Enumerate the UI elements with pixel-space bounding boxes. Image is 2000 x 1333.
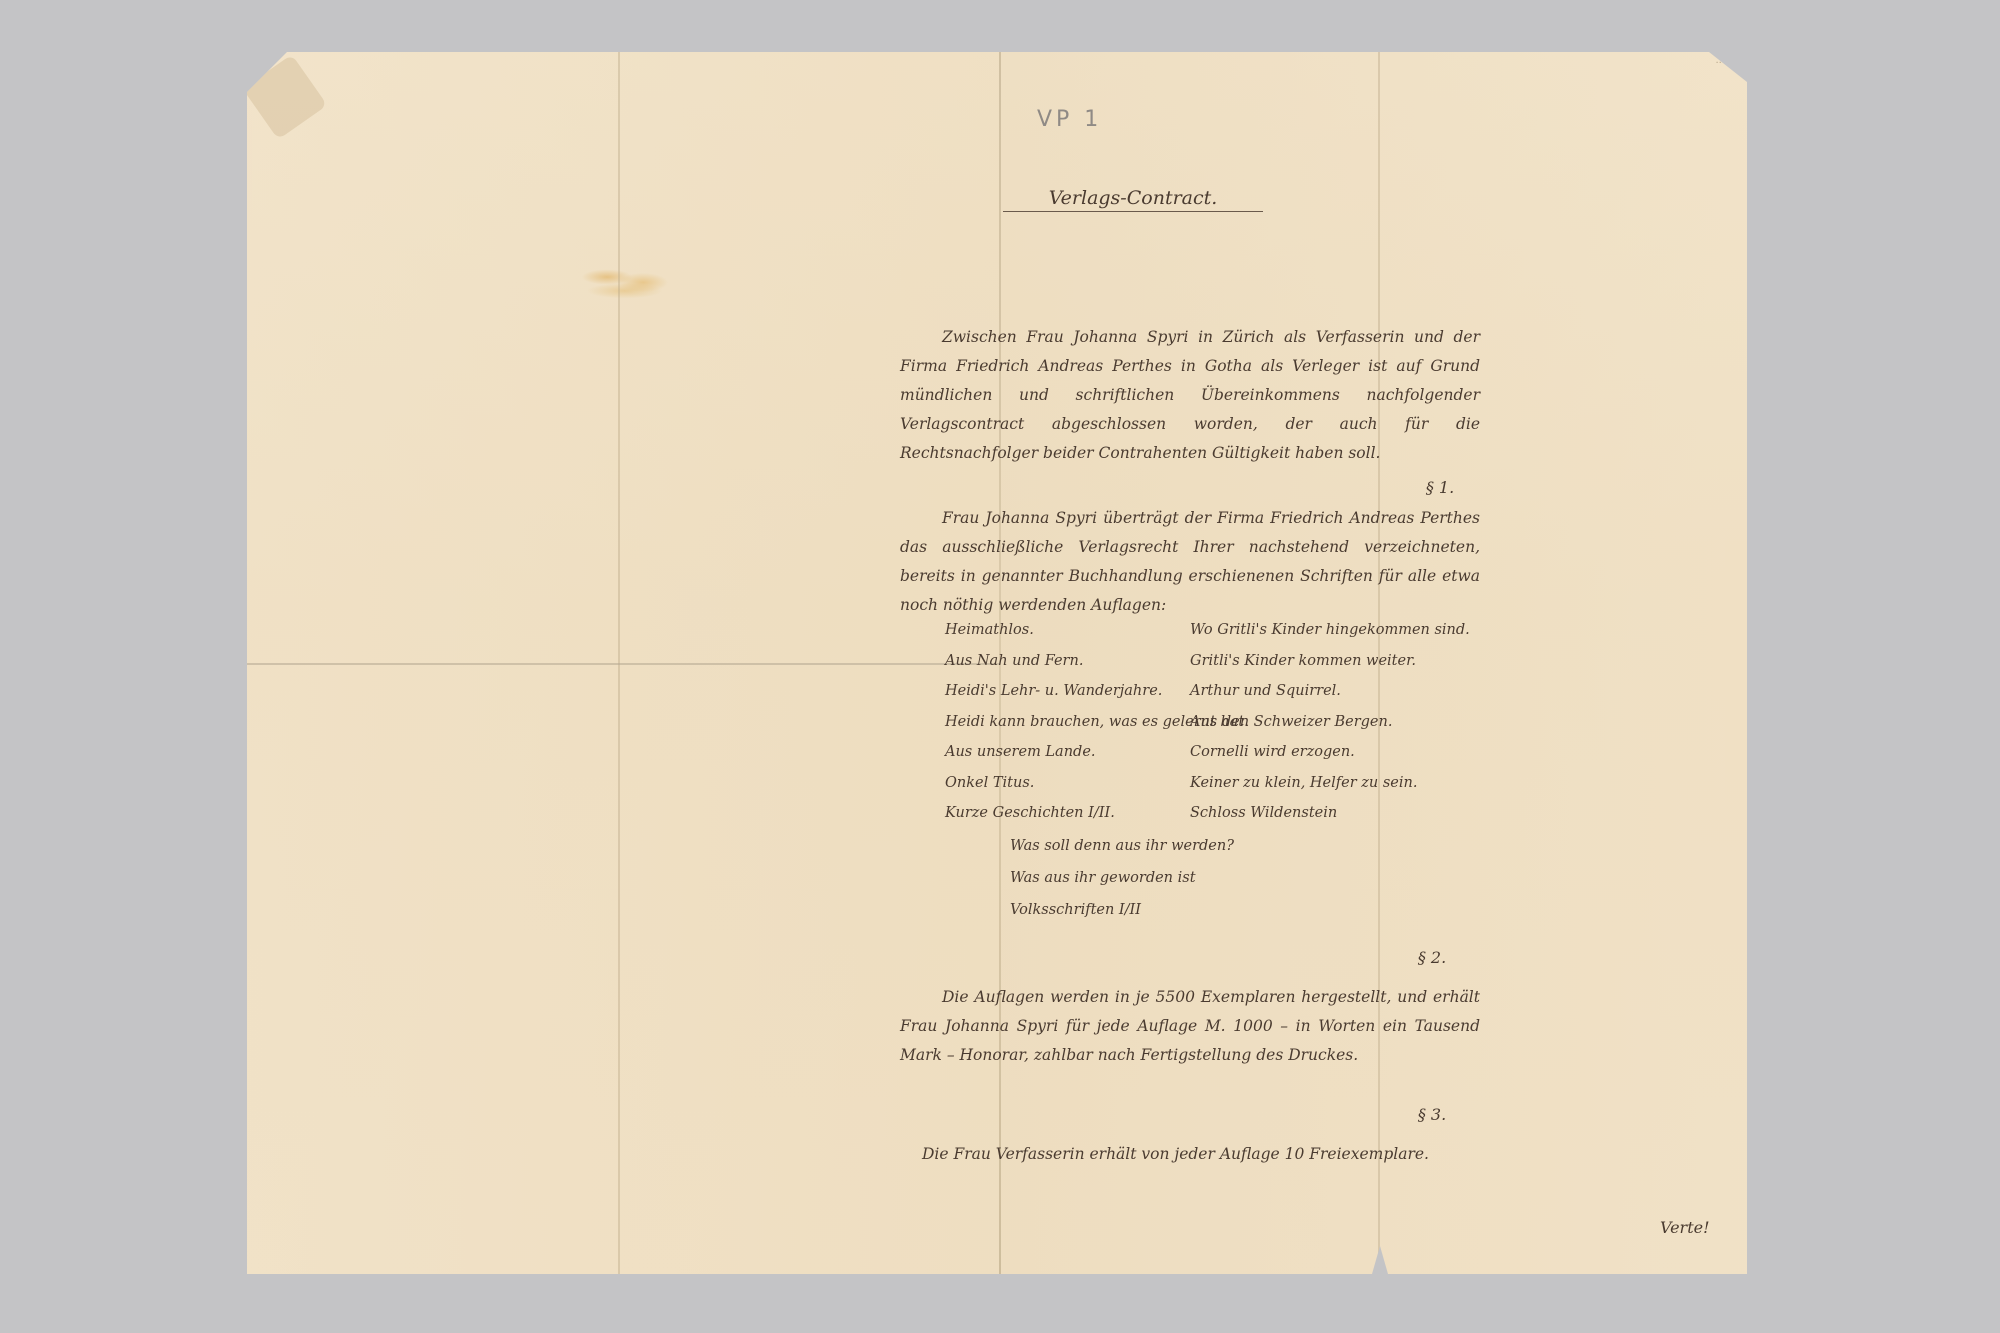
section-2-text: Die Auflagen werden in je 5500 Exemplare… — [900, 988, 1480, 1064]
section-1-text: Frau Johanna Spyri überträgt der Firma F… — [900, 509, 1480, 614]
section-3-text: Die Frau Verfasserin erhält von jeder Au… — [922, 1145, 1429, 1163]
work-title: Was aus ihr geworden ist — [1010, 870, 1234, 902]
works-list-continued: Was soll denn aus ihr werden? Was aus ih… — [1010, 838, 1234, 934]
faint-corner-mark: ··· — [1715, 58, 1725, 69]
work-title: Was soll denn aus ihr werden? — [1010, 838, 1234, 870]
foxing-stain — [565, 255, 685, 310]
work-title: Aus den Schweizer Bergen. — [1190, 714, 1470, 745]
fold-line-horizontal — [247, 663, 1000, 665]
work-title: Volksschriften I/II — [1010, 902, 1234, 934]
contract-title: Verlags-Contract. — [1003, 187, 1263, 212]
section-1-heading: § 1. — [1410, 478, 1470, 497]
section-3-paragraph: Die Frau Verfasserin erhält von jeder Au… — [900, 1140, 1480, 1169]
work-title: Gritli's Kinder kommen weiter. — [1190, 653, 1470, 684]
work-title: Arthur und Squirrel. — [1190, 683, 1470, 714]
section-2-paragraph: Die Auflagen werden in je 5500 Exemplare… — [900, 983, 1480, 1070]
section-2-heading: § 2. — [1402, 948, 1462, 967]
preamble-paragraph: Zwischen Frau Johanna Spyri in Zürich al… — [900, 323, 1480, 468]
pencil-archive-mark: VP 1 — [1037, 107, 1102, 132]
work-title: Keiner zu klein, Helfer zu sein. — [1190, 775, 1470, 806]
work-title: Schloss Wildenstein — [1190, 805, 1470, 836]
paper-tear — [1372, 1246, 1388, 1274]
section-3-heading: § 3. — [1402, 1105, 1462, 1124]
work-title: Cornelli wird erzogen. — [1190, 744, 1470, 775]
preamble-text: Zwischen Frau Johanna Spyri in Zürich al… — [900, 328, 1480, 462]
work-title: Wo Gritli's Kinder hingekommen sind. — [1190, 622, 1470, 653]
verte-note: Verte! — [1660, 1218, 1710, 1237]
works-list-right: Wo Gritli's Kinder hingekommen sind. Gri… — [1190, 622, 1470, 836]
section-1-paragraph: Frau Johanna Spyri überträgt der Firma F… — [900, 504, 1480, 620]
